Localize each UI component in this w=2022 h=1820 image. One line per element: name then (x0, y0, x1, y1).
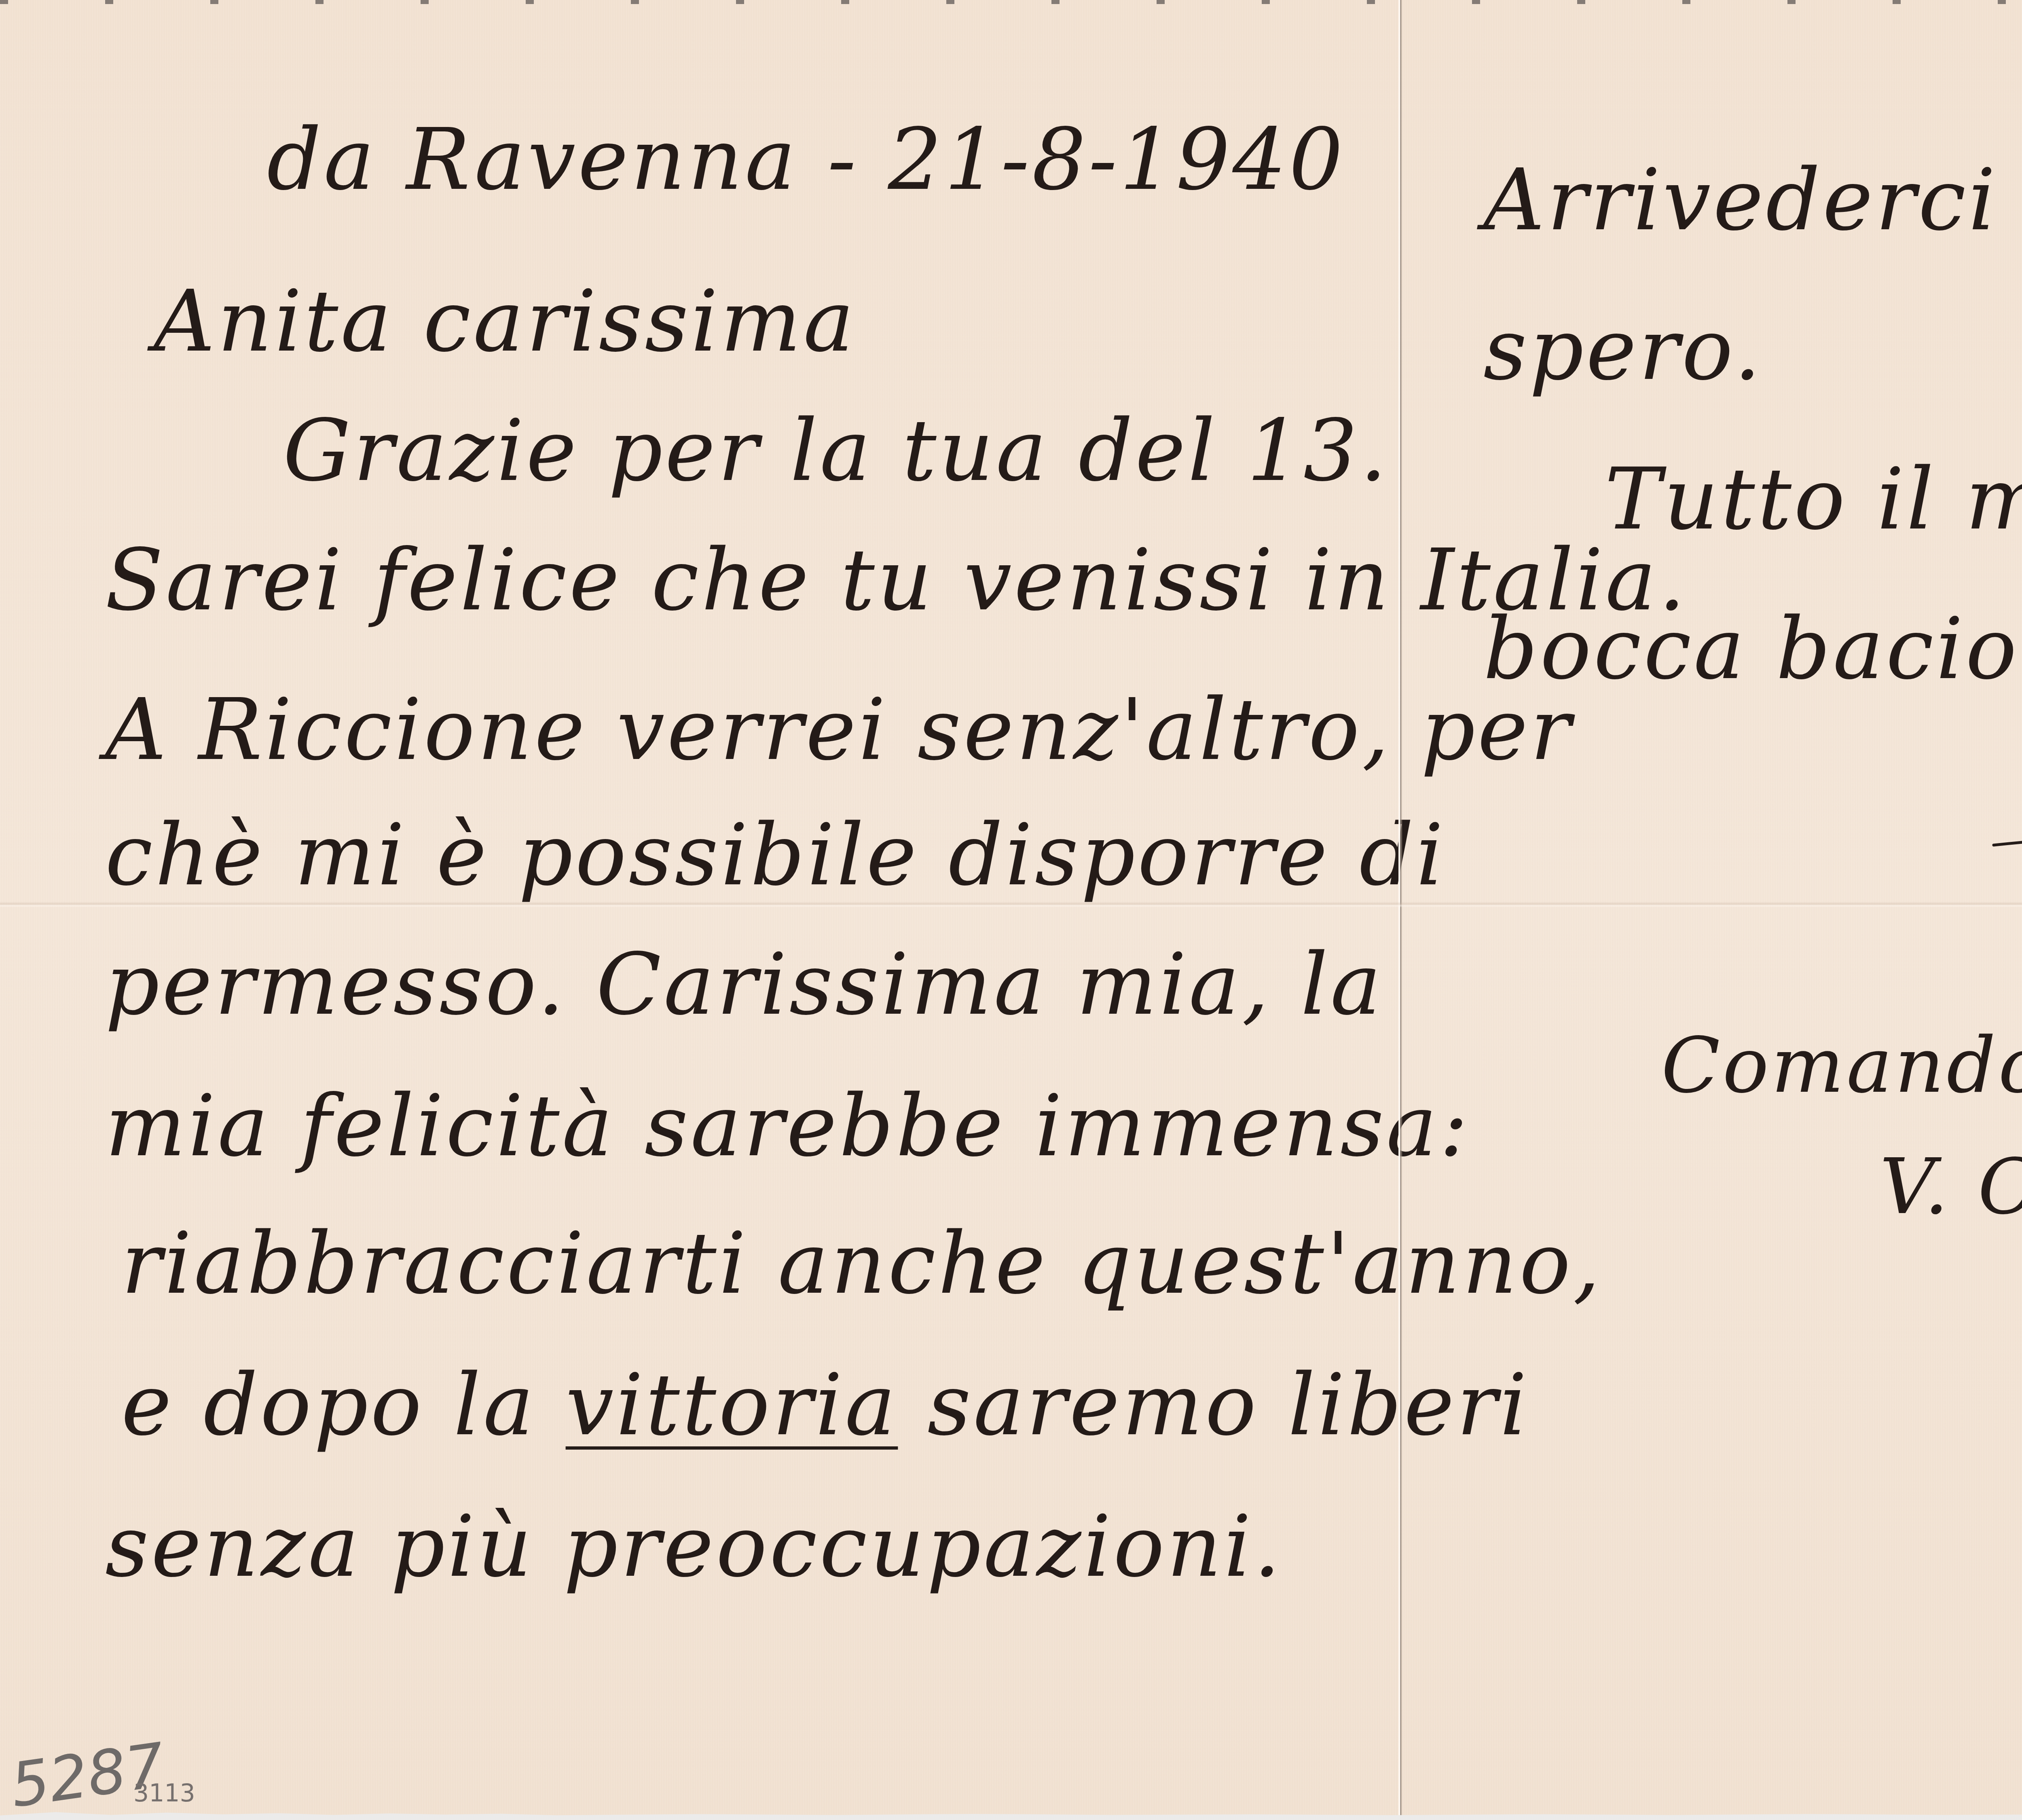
body-line-1: Grazie per la tua del 13. (283, 408, 1389, 493)
letter-sheet: da Ravenna - 21-8-1940 Anita carissima G… (0, 0, 2022, 1820)
address-line-1: Comando Difesa Costiera (1661, 1027, 2022, 1104)
body-line-4: chè mi è possibile disporre di (105, 813, 1446, 898)
right-body-line-1: Arrivederci a presto! almeno (1483, 158, 2022, 243)
body-line-5: permesso. Carissima mia, la (105, 942, 1383, 1027)
body-line-6: mia felicità sarebbe immensa: (105, 1084, 1470, 1169)
left-page: da Ravenna - 21-8-1940 Anita carissima G… (0, 0, 1398, 1820)
dateline: da Ravenna - 21-8-1940 (267, 117, 1345, 202)
underlined-word: vittoria (566, 1355, 898, 1454)
right-page: Arrivederci a presto! almeno spero. Tutt… (1402, 0, 2022, 1820)
right-body-line-4: bocca bacioni infiniti. (1483, 607, 2022, 691)
vertical-fold (1398, 0, 1402, 1820)
archive-subnumber: 3113 (133, 1779, 195, 1807)
body-line-3: A Riccione verrei senz'altro, per (105, 687, 1574, 772)
body-line-9: senza più preoccupazioni. (105, 1504, 1283, 1589)
body-line-7: riabbracciarti anche quest'anno, (121, 1221, 1603, 1306)
right-body-line-2: spero. (1483, 307, 1763, 392)
right-body-line-3: Tutto il mio affetto e dalla (1605, 457, 2022, 542)
address-line-2: V. Chiavica 155 (1880, 1148, 2022, 1225)
body-line-8: e dopo la vittoria saremo liberi (121, 1363, 1529, 1448)
signature-flourish-icon (1990, 805, 2022, 894)
salutation: Anita carissima (154, 279, 857, 364)
body-line-8-text: e dopo la vittoria saremo liberi (121, 1355, 1529, 1454)
